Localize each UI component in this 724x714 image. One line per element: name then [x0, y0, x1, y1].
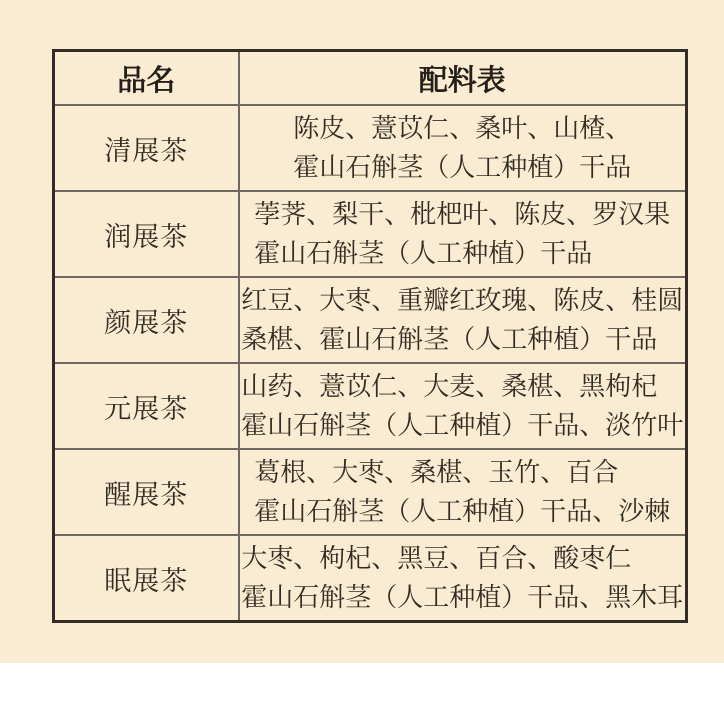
table-row: 眠展茶 大枣、枸杞、黑豆、百合、酸枣仁 霍山石斛茎（人工种植）干品、黑木耳 [54, 535, 687, 622]
table-row: 颜展茶 红豆、大枣、重瓣红玫瑰、陈皮、桂圆 桑椹、霍山石斛茎（人工种植）干品 [54, 277, 687, 363]
ingredients-cell: 山药、薏苡仁、大麦、桑椹、黑枸杞 霍山石斛茎（人工种植）干品、淡竹叶 [239, 363, 687, 449]
column-header-product-name: 品名 [54, 51, 239, 106]
ingredients-text: 红豆、大枣、重瓣红玫瑰、陈皮、桂圆 桑椹、霍山石斛茎（人工种植）干品 [241, 281, 683, 359]
ingredients-text: 陈皮、薏苡仁、桑叶、山楂、 霍山石斛茎（人工种植）干品 [293, 109, 631, 187]
ingredients-cell: 荸荠、梨干、枇杷叶、陈皮、罗汉果 霍山石斛茎（人工种植）干品 [239, 191, 687, 277]
table-row: 润展茶 荸荠、梨干、枇杷叶、陈皮、罗汉果 霍山石斛茎（人工种植）干品 [54, 191, 687, 277]
ingredient-table: 品名 配料表 清展茶 陈皮、薏苡仁、桑叶、山楂、 霍山石斛茎（人工种植）干品 润… [52, 49, 688, 623]
column-header-ingredients: 配料表 [239, 51, 687, 106]
product-detail-page: 品名 配料表 清展茶 陈皮、薏苡仁、桑叶、山楂、 霍山石斛茎（人工种植）干品 润… [0, 0, 724, 714]
ingredients-text: 荸荠、梨干、枇杷叶、陈皮、罗汉果 霍山石斛茎（人工种植）干品 [254, 195, 670, 273]
product-name: 润展茶 [54, 191, 239, 277]
ingredients-text: 山药、薏苡仁、大麦、桑椹、黑枸杞 霍山石斛茎（人工种植）干品、淡竹叶 [241, 367, 683, 445]
table-row: 元展茶 山药、薏苡仁、大麦、桑椹、黑枸杞 霍山石斛茎（人工种植）干品、淡竹叶 [54, 363, 687, 449]
product-name: 清展茶 [54, 105, 239, 191]
product-name: 元展茶 [54, 363, 239, 449]
ingredients-text: 大枣、枸杞、黑豆、百合、酸枣仁 霍山石斛茎（人工种植）干品、黑木耳 [241, 539, 683, 617]
ingredients-cell: 葛根、大枣、桑椹、玉竹、百合 霍山石斛茎（人工种植）干品、沙棘 [239, 449, 687, 535]
product-name: 颜展茶 [54, 277, 239, 363]
ingredients-text: 葛根、大枣、桑椹、玉竹、百合 霍山石斛茎（人工种植）干品、沙棘 [254, 453, 670, 531]
table-header-row: 品名 配料表 [54, 51, 687, 106]
table-row: 醒展茶 葛根、大枣、桑椹、玉竹、百合 霍山石斛茎（人工种植）干品、沙棘 [54, 449, 687, 535]
ingredients-cell: 陈皮、薏苡仁、桑叶、山楂、 霍山石斛茎（人工种植）干品 [239, 105, 687, 191]
product-name: 眠展茶 [54, 535, 239, 622]
product-name: 醒展茶 [54, 449, 239, 535]
ingredients-cell: 红豆、大枣、重瓣红玫瑰、陈皮、桂圆 桑椹、霍山石斛茎（人工种植）干品 [239, 277, 687, 363]
table-row: 清展茶 陈皮、薏苡仁、桑叶、山楂、 霍山石斛茎（人工种植）干品 [54, 105, 687, 191]
ingredients-cell: 大枣、枸杞、黑豆、百合、酸枣仁 霍山石斛茎（人工种植）干品、黑木耳 [239, 535, 687, 622]
